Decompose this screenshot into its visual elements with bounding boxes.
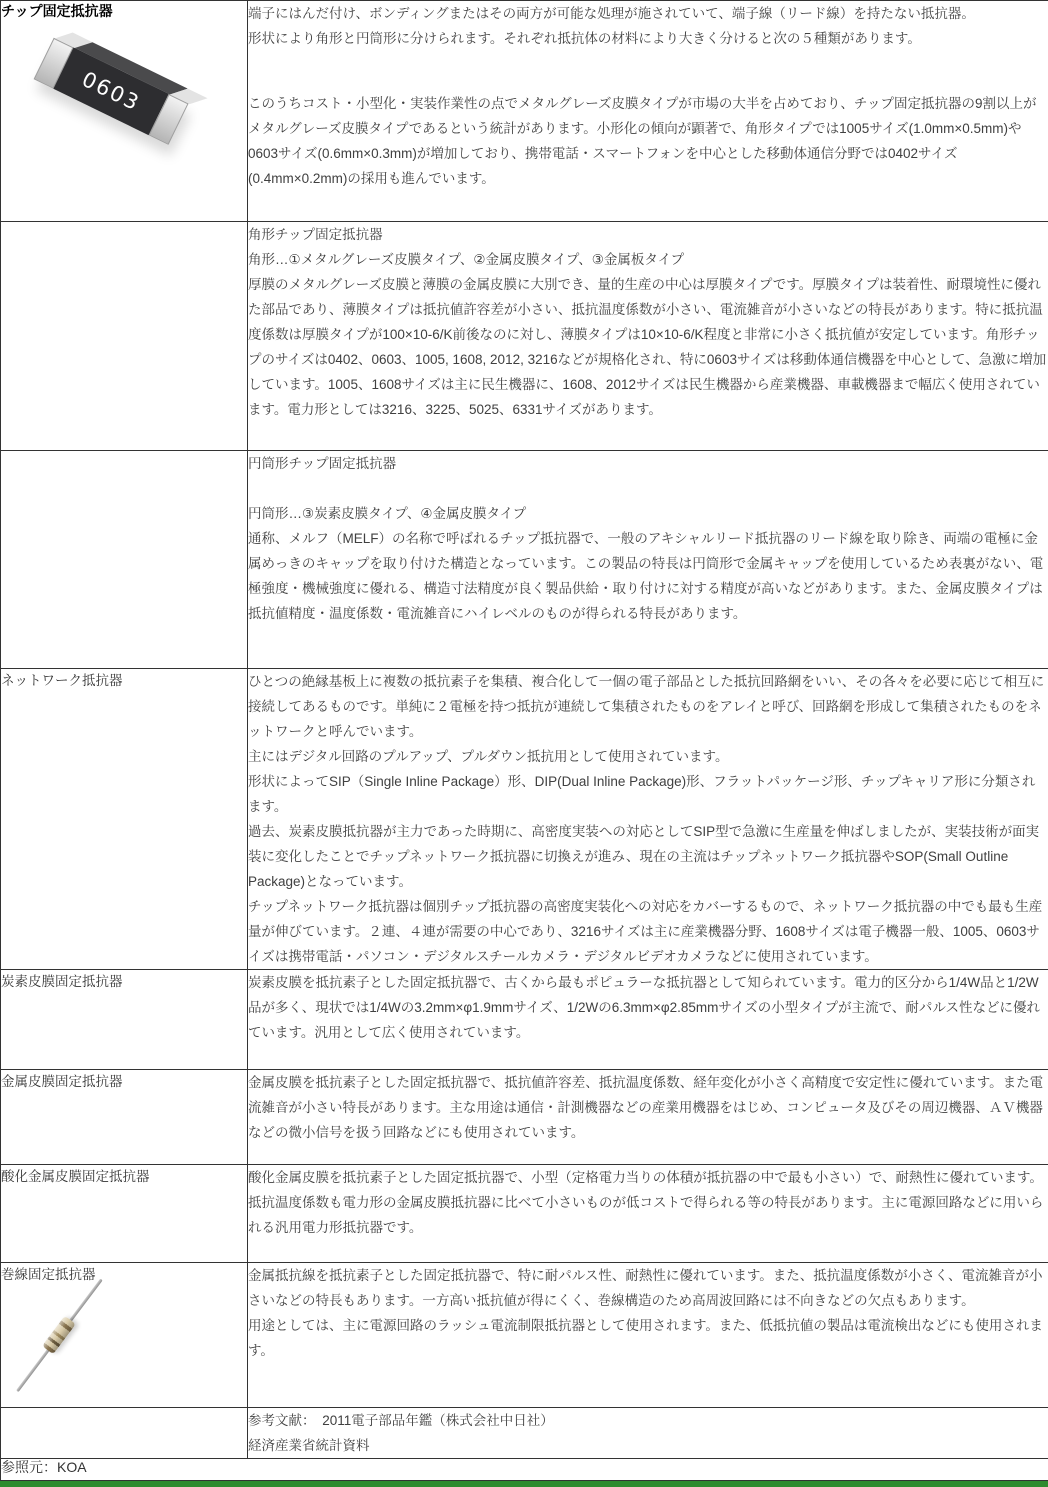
description-cell: 金属抵抗線を抵抗素子とした固定抵抗器で、特に耐パルス性、耐熱性に優れています。ま… — [248, 1263, 1048, 1408]
description-paragraph: 過去、炭素皮膜抵抗器が主力であった時期に、高密度実装への対応としてSIP型で急激… — [248, 819, 1048, 894]
resistor-types-document: チップ固定抵抗器 0603 — [0, 0, 1048, 1487]
description-paragraph: 炭素皮膜を抵抗素子とした固定抵抗器で、古くから最もポピュラーな抵抗器として知られ… — [248, 970, 1048, 1045]
category-cell: 金属皮膜固定抵抗器 — [1, 1070, 248, 1165]
description-paragraph: 厚膜のメタルグレーズ皮膜と薄膜の金属皮膜に大別でき、量的生産の中心は厚膜タイプで… — [248, 272, 1048, 422]
bottom-accent-bar — [0, 1481, 1048, 1487]
description-paragraph: 主にはデジタル回路のプルアップ、プルダウン抵抗用として使用されています。 — [248, 744, 1048, 769]
chip-resistor-illustration: 0603 — [41, 53, 221, 183]
description-paragraph: 酸化金属皮膜を抵抗素子とした固定抵抗器で、小型（定格電力当りの体積が抵抗器の中で… — [248, 1165, 1048, 1240]
category-cell: ネットワーク抵抗器 — [1, 669, 248, 970]
reference-line: 経済産業省統計資料 — [248, 1433, 1048, 1458]
table-row: 金属皮膜固定抵抗器 金属皮膜を抵抗素子とした固定抵抗器で、抵抗値許容差、抵抗温度… — [1, 1070, 1048, 1165]
category-label: 炭素皮膜固定抵抗器 — [1, 970, 247, 990]
table-row: 円筒形チップ固定抵抗器 円筒形…③炭素皮膜タイプ、④金属皮膜タイプ 通称、メルフ… — [1, 451, 1048, 669]
description-cell: 端子にはんだ付け、ボンディングまたはその両方が可能な処理が施されていて、端子線（… — [248, 1, 1048, 222]
reference-cell: 参考文献： 2011電子部品年鑑（株式会社中日社） 経済産業省統計資料 — [248, 1408, 1048, 1459]
resistor-body — [42, 1316, 76, 1355]
table-row: ネットワーク抵抗器 ひとつの絶縁基板上に複数の抵抗素子を集積、複合化して一個の電… — [1, 669, 1048, 970]
table-row: チップ固定抵抗器 0603 — [1, 1, 1048, 222]
description-cell: 円筒形チップ固定抵抗器 円筒形…③炭素皮膜タイプ、④金属皮膜タイプ 通称、メルフ… — [248, 451, 1048, 669]
reference-line: 参考文献： 2011電子部品年鑑（株式会社中日社） — [248, 1408, 1048, 1433]
table-row: 炭素皮膜固定抵抗器 炭素皮膜を抵抗素子とした固定抵抗器で、古くから最もポピュラー… — [1, 970, 1048, 1070]
description-cell: 角形チップ固定抵抗器 角形…①メタルグレーズ皮膜タイプ、②金属皮膜タイプ、③金属… — [248, 222, 1048, 451]
description-paragraph: 角形…①メタルグレーズ皮膜タイプ、②金属皮膜タイプ、③金属板タイプ — [248, 247, 1048, 272]
resistor-types-table: チップ固定抵抗器 0603 — [0, 0, 1048, 1481]
description-paragraph: 角形チップ固定抵抗器 — [248, 222, 1048, 247]
table-row: 酸化金属皮膜固定抵抗器 酸化金属皮膜を抵抗素子とした固定抵抗器で、小型（定格電力… — [1, 1165, 1048, 1263]
table-row: 角形チップ固定抵抗器 角形…①メタルグレーズ皮膜タイプ、②金属皮膜タイプ、③金属… — [1, 222, 1048, 451]
source-note: 参照元：KOA — [1, 1459, 1048, 1481]
description-cell: 炭素皮膜を抵抗素子とした固定抵抗器で、古くから最もポピュラーな抵抗器として知られ… — [248, 970, 1048, 1070]
chip-body: 0603 — [34, 26, 195, 145]
description-paragraph: 円筒形チップ固定抵抗器 — [248, 451, 1048, 476]
category-cell: 巻線固定抵抗器 — [1, 1263, 248, 1408]
category-label: 酸化金属皮膜固定抵抗器 — [1, 1165, 247, 1185]
category-cell: 炭素皮膜固定抵抗器 — [1, 970, 248, 1070]
category-label: ネットワーク抵抗器 — [1, 669, 247, 689]
description-paragraph: 用途としては、主に電源回路のラッシュ電流制限抵抗器として使用されます。また、低抵… — [248, 1313, 1048, 1363]
category-cell: 酸化金属皮膜固定抵抗器 — [1, 1165, 248, 1263]
table-row: 参照元：KOA — [1, 1459, 1048, 1481]
category-label: 巻線固定抵抗器 — [1, 1263, 247, 1283]
description-cell: ひとつの絶縁基板上に複数の抵抗素子を集積、複合化して一個の電子部品とした抵抗回路… — [248, 669, 1048, 970]
category-cell — [1, 222, 248, 451]
category-cell: チップ固定抵抗器 0603 — [1, 1, 248, 222]
description-paragraph: 通称、メルフ（MELF）の名称で呼ばれるチップ抵抗器で、一般のアキシャルリード抵… — [248, 526, 1048, 626]
category-label: 金属皮膜固定抵抗器 — [1, 1070, 247, 1090]
description-paragraph: 端子にはんだ付け、ボンディングまたはその両方が可能な処理が施されていて、端子線（… — [248, 1, 1048, 26]
description-cell: 金属皮膜を抵抗素子とした固定抵抗器で、抵抗値許容差、抵抗温度係数、経年変化が小さ… — [248, 1070, 1048, 1165]
description-paragraph: 円筒形…③炭素皮膜タイプ、④金属皮膜タイプ — [248, 501, 1048, 526]
category-label: チップ固定抵抗器 — [1, 1, 247, 21]
description-paragraph: このうちコスト・小型化・実装作業性の点でメタルグレーズ皮膜タイプが市場の大半を占… — [248, 91, 1048, 191]
description-paragraph: 金属皮膜を抵抗素子とした固定抵抗器で、抵抗値許容差、抵抗温度係数、経年変化が小さ… — [248, 1070, 1048, 1145]
description-paragraph: 形状により角形と円筒形に分けられます。それぞれ抵抗体の材料により大きく分けると次… — [248, 26, 1048, 51]
description-paragraph: 形状によってSIP（Single Inline Package）形、DIP(Du… — [248, 769, 1048, 819]
description-paragraph: 金属抵抗線を抵抗素子とした固定抵抗器で、特に耐パルス性、耐熱性に優れています。ま… — [248, 1263, 1048, 1313]
category-cell — [1, 1408, 248, 1459]
description-cell: 酸化金属皮膜を抵抗素子とした固定抵抗器で、小型（定格電力当りの体積が抵抗器の中で… — [248, 1165, 1048, 1263]
description-paragraph: チップネットワーク抵抗器は個別チップ抵抗器の高密度実装化への対応をカバーするもの… — [248, 894, 1048, 969]
wirewound-resistor-illustration — [9, 1273, 109, 1397]
description-paragraph: ひとつの絶縁基板上に複数の抵抗素子を集積、複合化して一個の電子部品とした抵抗回路… — [248, 669, 1048, 744]
table-row: 巻線固定抵抗器 金属抵抗線を抵抗素子とした固定抵抗器で、特に耐パルス性、耐熱性に… — [1, 1263, 1048, 1408]
table-row: 参考文献： 2011電子部品年鑑（株式会社中日社） 経済産業省統計資料 — [1, 1408, 1048, 1459]
category-cell — [1, 451, 248, 669]
